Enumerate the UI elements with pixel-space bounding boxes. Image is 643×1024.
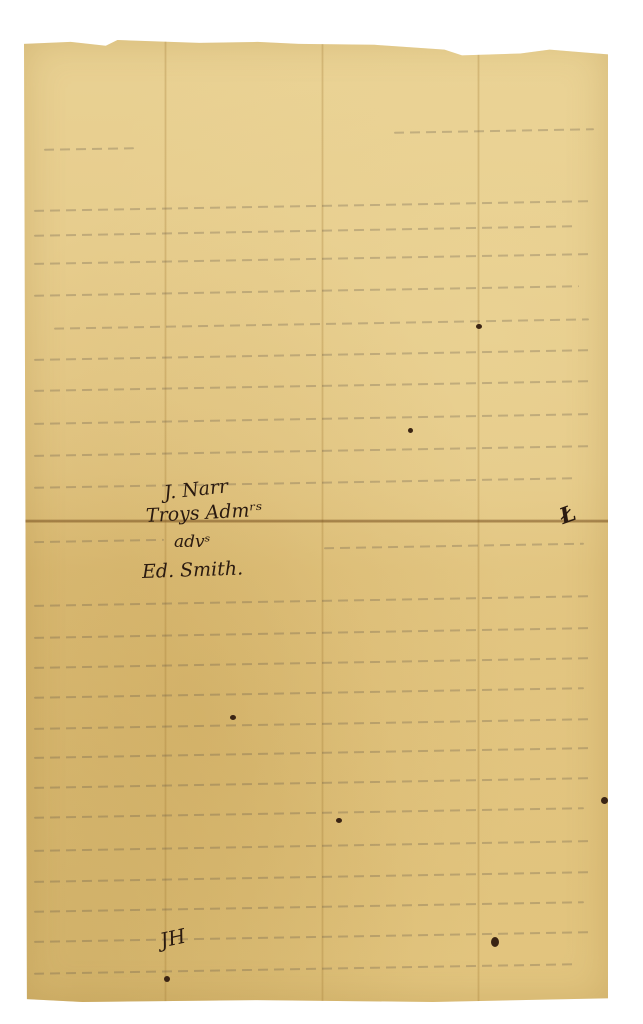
fold-line-horizontal [24, 519, 608, 523]
manuscript-page [24, 40, 608, 1002]
docket-line-2: Troys Admʳˢ [146, 499, 301, 526]
docket-line-4: Ed. Smith. [142, 557, 301, 582]
ink-spot [164, 976, 170, 982]
ink-spot [476, 324, 482, 329]
ink-spot [491, 937, 499, 947]
ink-spot [408, 428, 413, 433]
docket-endorsement: J. Narr Troys Admʳˢ advˢ Ed. Smith. [140, 484, 300, 582]
ink-spot [601, 797, 608, 804]
ink-spot [336, 818, 342, 823]
ink-spot [230, 715, 236, 720]
docket-line-3: advˢ [174, 534, 300, 551]
